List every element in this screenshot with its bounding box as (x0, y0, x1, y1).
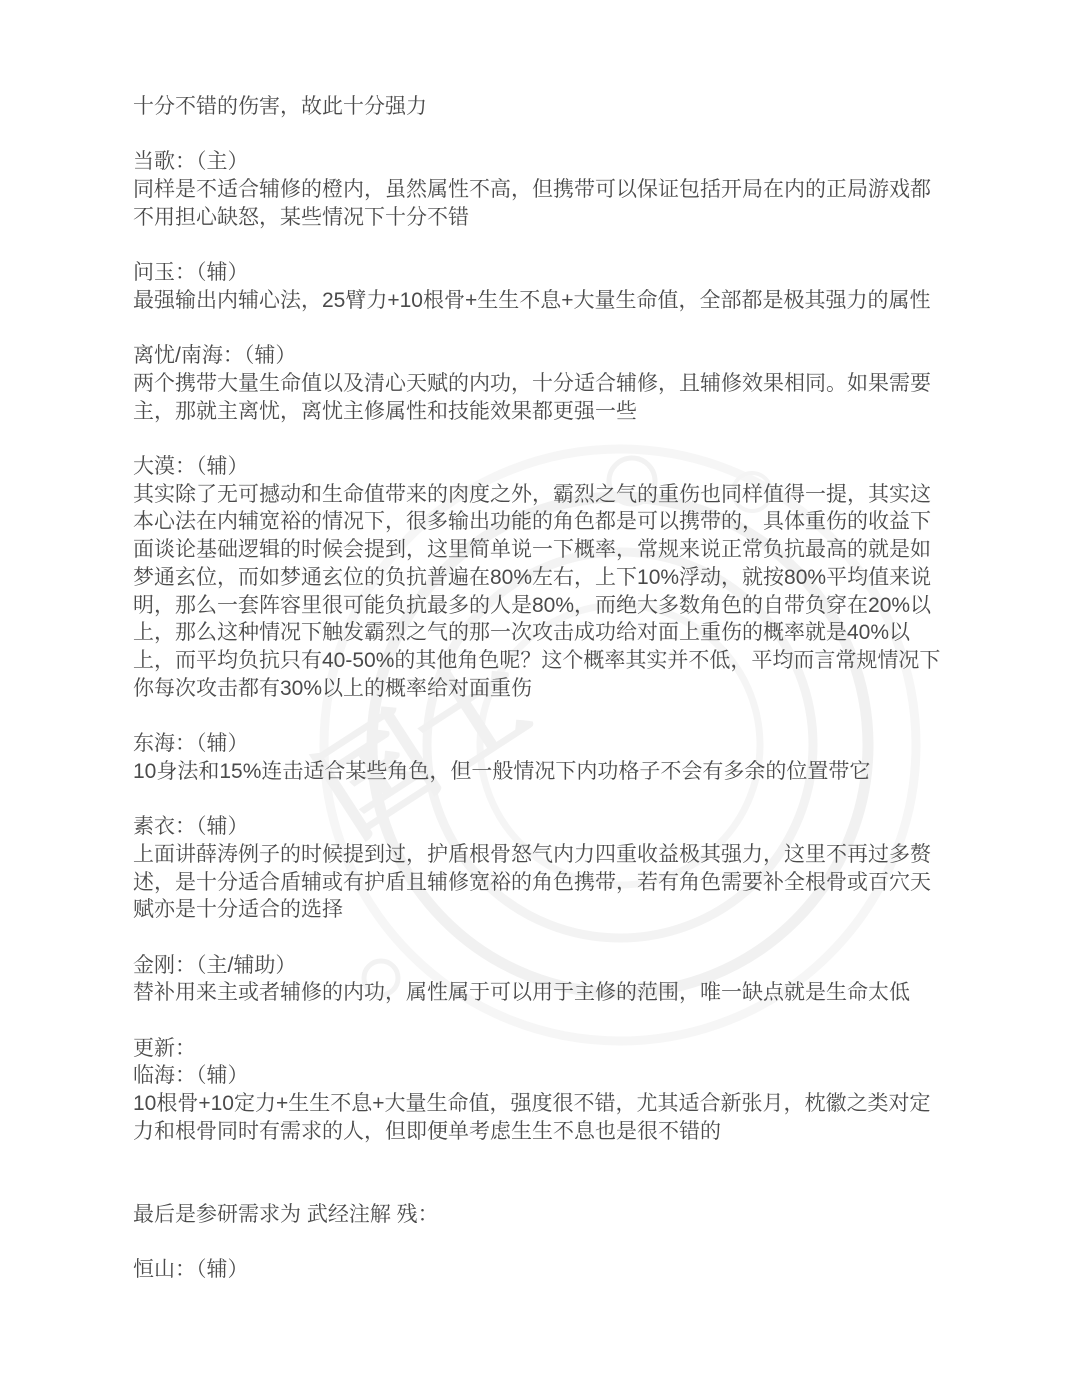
entry-body: 替补用来主或者辅修的内功，属性属于可以用于主修的范围，唯一缺点就是生命太低 (133, 979, 951, 1007)
entry-heading: 当歌：（主） (133, 148, 951, 176)
paragraph-intro-tail: 十分不错的伤害，故此十分强力 (133, 93, 951, 121)
entry-heading: 金刚：（主/辅助） (133, 952, 951, 980)
entry-donghai: 东海：（辅） 10身法和15%连击适合某些角色，但一般情况下内功格子不会有多余的… (133, 730, 951, 785)
document-body: 十分不错的伤害，故此十分强力 当歌：（主） 同样是不适合辅修的橙内，虽然属性不高… (133, 93, 951, 1284)
entry-body: 最强输出内辅心法，25臂力+10根骨+生生不息+大量生命值，全部都是极其强力的属… (133, 287, 951, 315)
entry-heading: 恒山：（辅） (133, 1256, 951, 1284)
entry-liyou-nanhai: 离忧/南海：（辅） 两个携带大量生命值以及清心天赋的内功，十分适合辅修，且辅修效… (133, 342, 951, 425)
paragraph-text: 最后是参研需求为 武经注解 残： (133, 1201, 951, 1229)
entry-heading: 东海：（辅） (133, 730, 951, 758)
entry-danggee: 当歌：（主） 同样是不适合辅修的橙内，虽然属性不高，但携带可以保证包括开局在内的… (133, 148, 951, 231)
entry-body: 两个携带大量生命值以及清心天赋的内功，十分适合辅修，且辅修效果相同。如果需要主，… (133, 370, 951, 425)
entry-heading: 更新： (133, 1035, 951, 1063)
entry-update-linhai: 更新： 临海：（辅） 10根骨+10定力+生生不息+大量生命值，强度很不错，尤其… (133, 1035, 951, 1146)
entry-body: 10根骨+10定力+生生不息+大量生命值，强度很不错，尤其适合新张月，枕徽之类对… (133, 1090, 951, 1145)
entry-suyi: 素衣：（辅） 上面讲薛涛例子的时候提到过，护盾根骨怒气内力四重收益极其强力，这里… (133, 813, 951, 924)
entry-wenyu: 问玉：（辅） 最强输出内辅心法，25臂力+10根骨+生生不息+大量生命值，全部都… (133, 259, 951, 314)
entry-body: 10身法和15%连击适合某些角色，但一般情况下内功格子不会有多余的位置带它 (133, 758, 951, 786)
entry-body: 同样是不适合辅修的橙内，虽然属性不高，但携带可以保证包括开局在内的正局游戏都不用… (133, 176, 951, 231)
entry-subheading: 临海：（辅） (133, 1062, 951, 1090)
entry-jingang: 金刚：（主/辅助） 替补用来主或者辅修的内功，属性属于可以用于主修的范围，唯一缺… (133, 952, 951, 1007)
entry-damo: 大漠：（辅） 其实除了无可撼动和生命值带来的肉度之外，霸烈之气的重伤也同样值得一… (133, 453, 951, 702)
paragraph-text: 十分不错的伤害，故此十分强力 (133, 93, 951, 121)
entry-body: 上面讲薛涛例子的时候提到过，护盾根骨怒气内力四重收益极其强力，这里不再过多赘述，… (133, 841, 951, 924)
entry-heading: 问玉：（辅） (133, 259, 951, 287)
entry-hengshan: 恒山：（辅） (133, 1256, 951, 1284)
entry-body: 其实除了无可撼动和生命值带来的肉度之外，霸烈之气的重伤也同样值得一提，其实这本心… (133, 481, 951, 703)
paragraph-final-note: 最后是参研需求为 武经注解 残： (133, 1201, 951, 1229)
entry-heading: 离忧/南海：（辅） (133, 342, 951, 370)
entry-heading: 素衣：（辅） (133, 813, 951, 841)
entry-heading: 大漠：（辅） (133, 453, 951, 481)
